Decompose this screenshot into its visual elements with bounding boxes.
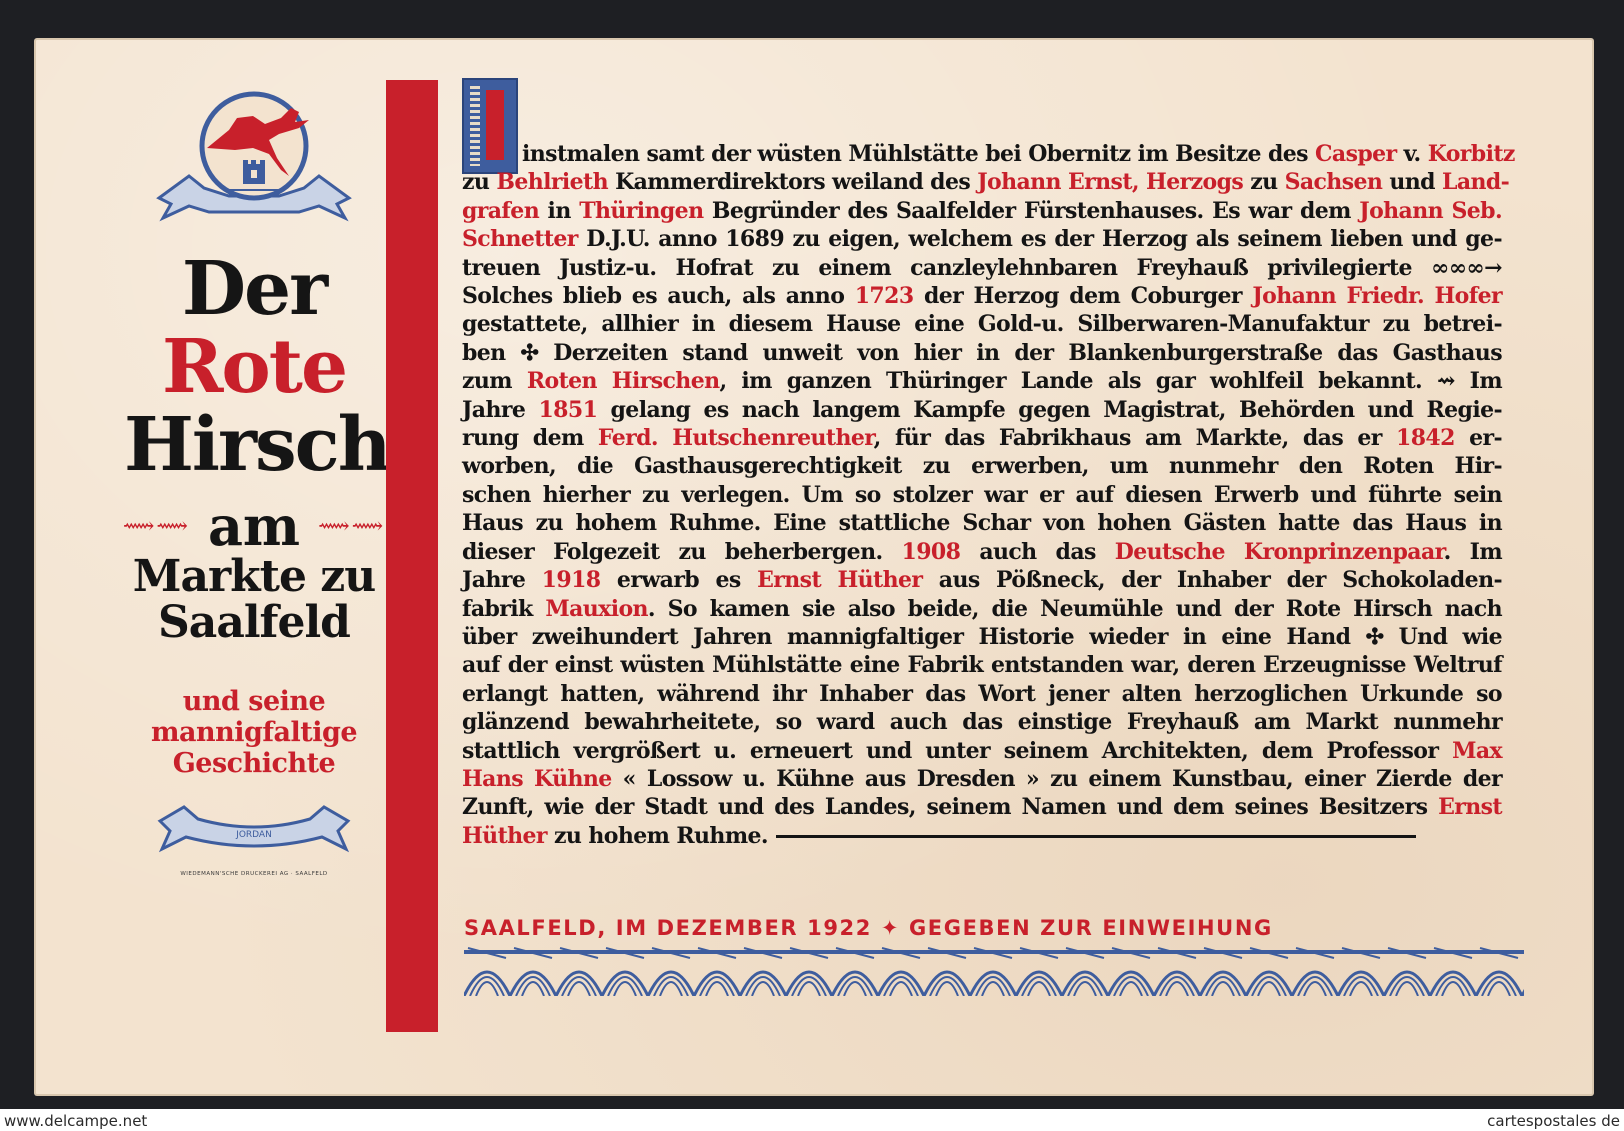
watermark-right: cartespostales de (1483, 1112, 1624, 1130)
highlighted-name: Johann Friedr. Hofer (1252, 283, 1502, 309)
text-run: glänzend bewahrheitete, so ward auch das… (462, 709, 1502, 735)
highlighted-name: Mauxion (545, 596, 648, 622)
red-vertical-bar (386, 80, 438, 1032)
text-line: grafen in Thüringen Begründer des Saalfe… (462, 197, 1502, 225)
highlighted-name: Sachsen (1285, 169, 1383, 195)
highlighted-name: Roten Hirschen (527, 368, 720, 394)
text-run: erwarb es (601, 567, 758, 593)
text-run: Jahre (462, 567, 542, 593)
text-line: ben ✣ Derzeiten stand unweit von hier in… (462, 339, 1502, 367)
highlighted-name: 1851 (538, 397, 597, 423)
text-line: rung dem Ferd. Hutschenreuther, für das … (462, 424, 1502, 452)
highlighted-name: Land- (1442, 169, 1509, 195)
text-run: treuen Justiz-u. Hofrat zu einem canzley… (462, 255, 1502, 281)
text-run: rung dem (462, 425, 598, 451)
text-run: schen hierher zu verlegen. Um so stolzer… (462, 482, 1502, 508)
highlighted-name: 1723 (855, 283, 914, 309)
text-run: in (539, 198, 579, 224)
text-line: treuen Justiz-u. Hofrat zu einem canzley… (462, 254, 1502, 282)
subtitle-markte-zu: Markte zu (124, 554, 384, 600)
dateline: SAALFELD, IM DEZEMBER 1922 ✦ GEGEBEN ZUR… (464, 916, 1524, 940)
text-run: gelang es nach langem Kampfe gegen Magis… (597, 397, 1502, 423)
ornament-right-icon: ⟿⟿ (318, 514, 385, 539)
text-run: Solches blieb es auch, als anno (462, 283, 855, 309)
text-run: « Lossow u. Kühne aus Dresden » zu einem… (612, 766, 1502, 792)
highlighted-name: Casper (1315, 141, 1397, 167)
highlighted-name: Hüther (462, 823, 547, 849)
highlighted-name: Johann Seb. (1359, 198, 1502, 224)
text-line: erlangt hatten, während ihr Inhaber das … (462, 680, 1502, 708)
highlighted-name: Hans Kühne (462, 766, 612, 792)
text-line: zu Behlrieth Kammerdirektors weiland des… (462, 168, 1502, 196)
am-row: ⟿⟿ am ⟿⟿ (124, 498, 384, 554)
text-run: instmalen samt der wüsten Mühlstätte bei… (522, 141, 1315, 167)
text-line: stattlich vergrößert u. erneuert und unt… (462, 737, 1502, 765)
text-run: der Herzog dem Coburger (914, 283, 1253, 309)
text-line: über zweihundert Jahren mannigfaltiger H… (462, 623, 1502, 651)
closing-rule-ornament (776, 835, 1416, 838)
text-line: Solches blieb es auch, als anno 1723 der… (462, 282, 1502, 310)
highlighted-name: 1842 (1396, 425, 1455, 451)
highlighted-name: 1918 (542, 567, 601, 593)
text-run: ben ✣ Derzeiten stand unweit von hier in… (462, 340, 1502, 366)
text-run: Haus zu hohem Ruhme. Eine stattliche Sch… (462, 510, 1502, 536)
highlighted-name: 1908 (902, 539, 961, 565)
text-line: fabrik Mauxion. So kamen sie also beide,… (462, 595, 1502, 623)
highlighted-name: Schnetter (462, 226, 578, 252)
text-run: zu hohem Ruhme. (547, 823, 768, 849)
postcard: Der Rote Hirsch ⟿⟿ am ⟿⟿ Markte zu Saalf… (34, 38, 1594, 1096)
text-line: Hüther zu hohem Ruhme. (462, 822, 1502, 850)
text-run: über zweihundert Jahren mannigfaltiger H… (462, 624, 1502, 650)
printer-credit: WIEDEMANN'SCHE DRUCKEREI AG · SAALFELD (124, 871, 384, 877)
subtitle-am: am (208, 498, 300, 554)
text-run: worben, die Gasthausgerechtigkeit zu erw… (462, 453, 1502, 479)
title-der: Der (124, 250, 384, 328)
text-line: worben, die Gasthausgerechtigkeit zu erw… (462, 452, 1502, 480)
watermark-strip (0, 1109, 1624, 1131)
highlighted-name: Ernst (1438, 794, 1502, 820)
text-run: . Im (1444, 539, 1502, 565)
text-line: Haus zu hohem Ruhme. Eine stattliche Sch… (462, 509, 1502, 537)
text-run: er- (1455, 425, 1502, 451)
ornament-left-icon: ⟿⟿ (123, 514, 190, 539)
text-run: auf der einst wüsten Mühlstätte eine Fab… (462, 652, 1502, 678)
text-line: schen hierher zu verlegen. Um so stolzer… (462, 481, 1502, 509)
text-run: Jahre (462, 397, 538, 423)
text-line: Zunft, wie der Stadt und des Landes, sei… (462, 793, 1502, 821)
text-line: zum Roten Hirschen, im ganzen Thüringer … (462, 367, 1502, 395)
wave-frieze-ornament-icon (464, 944, 1524, 996)
left-title-panel: Der Rote Hirsch ⟿⟿ am ⟿⟿ Markte zu Saalf… (124, 78, 384, 877)
text-run: aus Pößneck, der Inhaber der Schokoladen… (922, 567, 1502, 593)
text-run: Kammerdirektors weiland des (608, 169, 977, 195)
red-subtitle-line3: Geschichte (124, 748, 384, 779)
red-subtitle-line1: und seine (124, 686, 384, 717)
text-line: auf der einst wüsten Mühlstätte eine Fab… (462, 651, 1502, 679)
red-subtitle-line2: mannigfaltige (124, 717, 384, 748)
text-run: dieser Folgezeit zu beherbergen. (462, 539, 902, 565)
text-run: zum (462, 368, 527, 394)
text-line: glänzend bewahrheitete, so ward auch das… (462, 708, 1502, 736)
highlighted-name: Korbitz (1428, 141, 1515, 167)
text-line: Hans Kühne « Lossow u. Kühne aus Dresden… (462, 765, 1502, 793)
highlighted-name: Deutsche Kronprinzenpaar (1115, 539, 1444, 565)
text-run: Begründer des Saalfelder Fürstenhauses. … (703, 198, 1359, 224)
highlighted-name: Thüringen (579, 198, 703, 224)
text-run: auch das (960, 539, 1114, 565)
text-run: stattlich vergrößert u. erneuert und unt… (462, 738, 1452, 764)
artist-banner: JORDAN (154, 801, 354, 861)
text-run: und (1382, 169, 1442, 195)
text-run: gestattete, allhier in diesem Hause eine… (462, 311, 1502, 337)
title-hirsch: Hirsch (124, 406, 384, 484)
text-run: , für das Fabrikhaus am Markte, das er (874, 425, 1396, 451)
text-run: zu (1243, 169, 1284, 195)
text-run: , im ganzen Thüringer Lande als gar wohl… (720, 368, 1503, 394)
text-run: zu (462, 169, 496, 195)
text-line: Jahre 1918 erwarb es Ernst Hüther aus Pö… (462, 566, 1502, 594)
text-line: dieser Folgezeit zu beherbergen. 1908 au… (462, 538, 1502, 566)
text-run: fabrik (462, 596, 545, 622)
watermark-left: www.delcampe.net (0, 1112, 151, 1130)
title-rote: Rote (124, 328, 384, 406)
text-line: instmalen samt der wüsten Mühlstätte bei… (462, 140, 1502, 168)
highlighted-name: Ernst Hüther (757, 567, 922, 593)
red-stag-emblem-icon (149, 78, 359, 228)
text-line: Jahre 1851 gelang es nach langem Kampfe … (462, 396, 1502, 424)
highlighted-name: grafen (462, 198, 539, 224)
text-lines: instmalen samt der wüsten Mühlstätte bei… (462, 140, 1532, 850)
text-run: D.J.U. anno 1689 zu eigen, welchem es de… (578, 226, 1502, 252)
subtitle-saalfeld: Saalfeld (124, 600, 384, 646)
text-run: v. (1397, 141, 1428, 167)
text-run: Zunft, wie der Stadt und des Landes, sei… (462, 794, 1438, 820)
text-line: Schnetter D.J.U. anno 1689 zu eigen, wel… (462, 225, 1502, 253)
highlighted-name: Ferd. Hutschenreuther (598, 425, 874, 451)
text-run: erlangt hatten, während ihr Inhaber das … (462, 681, 1502, 707)
highlighted-name: Max (1452, 738, 1502, 764)
highlighted-name: Behlrieth (496, 169, 608, 195)
text-run: . So kamen sie also beide, die Neumühle … (648, 596, 1502, 622)
text-line: gestattete, allhier in diesem Hause eine… (462, 310, 1502, 338)
highlighted-name: Johann Ernst, Herzogs (977, 169, 1243, 195)
banner-text: JORDAN (235, 830, 272, 840)
